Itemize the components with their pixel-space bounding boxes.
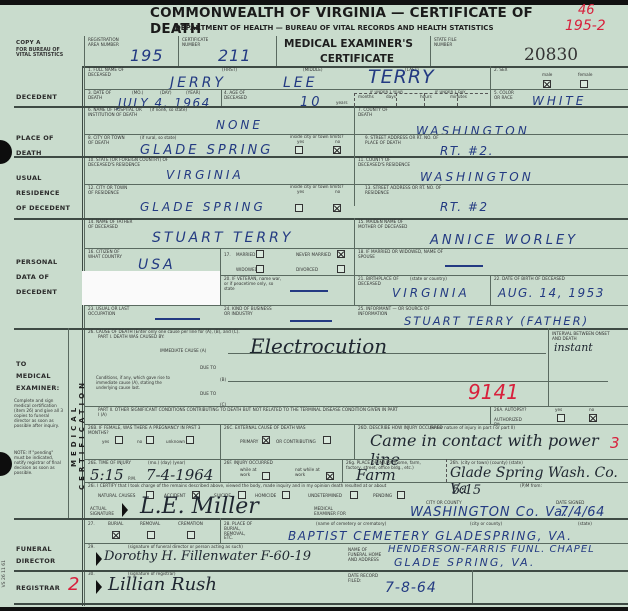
street-residence-label: 13. STREET ADDRESS OR RT. NO. OF RESIDEN… bbox=[365, 186, 445, 196]
veteran-blank-dash bbox=[290, 290, 328, 292]
funeral-director-signature[interactable]: Dorothy H. Fillenwater F-60-19 bbox=[104, 549, 311, 564]
section-residence-3: OF DECEDENT bbox=[16, 204, 70, 212]
city-of-death-hint: (if rural, so state) bbox=[140, 136, 176, 141]
part1-label: PART I. DEATH WAS CAUSED BY: bbox=[98, 335, 165, 340]
burial-place-hint2: (city or county) bbox=[470, 522, 502, 527]
birthplace-hint: (state or country) bbox=[410, 277, 447, 282]
section-personal-1: PERSONAL bbox=[16, 258, 57, 266]
sex-female-checkbox[interactable] bbox=[580, 80, 588, 88]
section-residence-2: RESIDENCE bbox=[16, 189, 60, 197]
veteran-label: 20. IF VETERAN, name war, or if peacetim… bbox=[224, 277, 284, 291]
widowed-label: WIDOWED bbox=[236, 268, 258, 273]
divorced-label: DIVORCED bbox=[296, 268, 318, 273]
registrar-signature[interactable]: Lillian Rush bbox=[108, 574, 217, 595]
document-title: COMMONWEALTH OF VIRGINIA — CERTIFICATE O… bbox=[150, 5, 570, 37]
pending-checkbox[interactable] bbox=[397, 491, 405, 499]
burial-label: BURIAL bbox=[108, 522, 123, 527]
due-to-1: DUE TO bbox=[200, 366, 216, 371]
funeral-home-label: NAME OF FUNERAL HOME AND ADDRESS bbox=[348, 548, 382, 562]
disposition-label: 27. bbox=[88, 522, 95, 527]
section-decedent: DECEDENT bbox=[16, 93, 57, 101]
never-married-checkbox[interactable] bbox=[337, 250, 345, 258]
mother-value: ANNICE WORLEY bbox=[430, 233, 578, 248]
me-for-label: MEDICAL EXAMINER FOR bbox=[314, 507, 354, 517]
burial-checkbox[interactable] bbox=[112, 531, 120, 539]
redacted-area bbox=[82, 271, 220, 305]
full-name-label: 1. FULL NAME OF DECEASED bbox=[88, 68, 148, 78]
removal-label: REMOVAL bbox=[140, 522, 160, 527]
yes-label: yes bbox=[297, 140, 304, 145]
pending-note: NOTE: If "pending" must be indicated, no… bbox=[14, 450, 64, 475]
external-cause-label: 26c. EXTERNAL CAUSE OF DEATH WAS bbox=[224, 426, 306, 431]
residence-inside-limits-no-checkbox[interactable] bbox=[333, 204, 341, 212]
death-inside-limits-yes-checkbox[interactable] bbox=[295, 146, 303, 154]
part2-label: PART II. OTHER SIGNIFICANT CONDITIONS CO… bbox=[98, 408, 398, 418]
red-mark-2: 2 bbox=[68, 574, 79, 595]
burial-place-label: 28. PLACE OF BURIAL, REMOVAL, ETC. bbox=[224, 522, 254, 541]
yes-label-2: yes bbox=[297, 190, 304, 195]
certify-label: 26i. I CERTIFY that I took charge of the… bbox=[88, 484, 448, 489]
male-label: male bbox=[542, 73, 552, 78]
pregnancy-unknown-checkbox[interactable] bbox=[186, 436, 194, 444]
occupation-blank-dash bbox=[155, 318, 200, 320]
red-annotation-46: 46 bbox=[578, 3, 595, 18]
city-residence-label: 12. CITY OR TOWN OF RESIDENCE bbox=[88, 186, 128, 196]
father-value: STUART TERRY bbox=[152, 230, 293, 246]
funeral-director-label: 29. bbox=[88, 545, 95, 550]
sign-here-arrow-icon-2 bbox=[96, 552, 102, 566]
city-of-death-label: 8. CITY OR TOWN OF DEATH bbox=[88, 136, 128, 146]
injury-occurred-label: 26f. INJURY OCCURRED bbox=[224, 461, 273, 466]
days-label: days bbox=[386, 95, 396, 100]
funeral-home-line2: GLADE SPRING, VA. bbox=[394, 556, 535, 569]
punch-hole-top bbox=[0, 140, 12, 164]
no-label: no bbox=[335, 140, 340, 145]
state-file-number: 20830 bbox=[524, 45, 578, 65]
red-mark-3: 3 bbox=[610, 434, 620, 452]
certify-pm-suffix: (P)M from: bbox=[520, 484, 542, 489]
autopsy-no-checkbox[interactable] bbox=[589, 414, 597, 422]
homicide-checkbox[interactable] bbox=[282, 491, 290, 499]
not-while-at-work-checkbox[interactable] bbox=[326, 472, 334, 480]
months-label: months bbox=[358, 95, 374, 100]
pending-label: PENDING bbox=[373, 494, 392, 499]
pregnancy-no-label: no bbox=[137, 440, 142, 445]
date-filed-value: 7-8-64 bbox=[385, 580, 437, 596]
certificate-number-value: 211 bbox=[218, 46, 252, 65]
county-residence-label: 11. COUNTY OF DECEASED'S RESIDENCE bbox=[358, 158, 418, 168]
spouse-blank-dash bbox=[445, 265, 483, 267]
street-residence-value: RT. #2 bbox=[440, 200, 489, 214]
hospital-label: 6. NAME OF HOSPITAL OR INSTITUTION OF DE… bbox=[88, 108, 148, 118]
birthplace-value: VIRGINIA bbox=[392, 286, 470, 300]
undetermined-checkbox[interactable] bbox=[350, 491, 358, 499]
hospital-hint: (if none, so state) bbox=[150, 108, 187, 113]
to-me-1: TO bbox=[16, 360, 27, 368]
dob-value: AUG. 14, 1953 bbox=[498, 286, 605, 300]
section-funeral-2: DIRECTOR bbox=[16, 557, 55, 565]
occupation-label: 23. USUAL OR LAST OCCUPATION bbox=[88, 307, 133, 317]
sex-male-checkbox[interactable] bbox=[543, 80, 551, 88]
date-filed-label: DATE RECORD FILED: bbox=[348, 574, 382, 584]
section-registrar: REGISTRAR bbox=[16, 584, 60, 592]
spouse-label: 18. IF MARRIED OR WIDOWED, NAME OF SPOUS… bbox=[358, 250, 448, 260]
state-file-label: STATE FILE NUMBER bbox=[434, 38, 464, 48]
to-me-3: EXAMINER: bbox=[16, 384, 60, 392]
dob-label: 22. DATE OF BIRTH OF DECEASED bbox=[494, 277, 594, 282]
certify-time-value: 5:15 bbox=[452, 483, 481, 498]
pregnancy-label: 26b. IF FEMALE, WAS THERE A PREGNANCY IN… bbox=[88, 426, 208, 436]
pregnancy-yes-checkbox[interactable] bbox=[115, 436, 123, 444]
form-type-line2: CERTIFICATE bbox=[320, 53, 394, 65]
never-married-label: NEVER MARRIED bbox=[296, 253, 331, 258]
business-blank-dash bbox=[290, 320, 332, 322]
pregnancy-no-checkbox[interactable] bbox=[146, 436, 154, 444]
minutes-label: minutes bbox=[450, 95, 467, 100]
punch-hole-bottom bbox=[0, 452, 12, 476]
sign-here-arrow-icon-3 bbox=[96, 580, 102, 594]
registrar-sig-label: 30. bbox=[88, 572, 95, 577]
color-label: 5. COLOR OR RACE bbox=[494, 91, 519, 101]
widowed-checkbox[interactable] bbox=[256, 265, 264, 273]
contributing-checkbox[interactable] bbox=[323, 436, 331, 444]
to-me-instructions: Complete and sign medical certification … bbox=[14, 398, 66, 428]
sex-label: 2. SEX bbox=[494, 68, 508, 73]
informant-value: STUART TERRY (FATHER) bbox=[404, 314, 589, 328]
document-subtitle: DEPARTMENT OF HEALTH — BUREAU OF VITAL R… bbox=[175, 24, 535, 32]
medical-certification-vertical-label: MEDICAL CERTIFICATION bbox=[70, 360, 86, 510]
section-personal-2: DATA OF bbox=[16, 273, 49, 281]
hours-label: hours bbox=[420, 95, 432, 100]
first-name-label: (first) bbox=[222, 68, 237, 73]
date-of-death-label: 3. DATE OF DEATH bbox=[88, 91, 113, 101]
street-of-death-label: 9. STREET ADDRESS OR RT. NO. OF PLACE OF… bbox=[365, 136, 445, 146]
scan-border-bottom bbox=[0, 607, 628, 611]
red-annotation-195-2: 195-2 bbox=[565, 18, 606, 34]
female-label: female bbox=[578, 73, 592, 78]
undetermined-label: UNDETERMINED bbox=[308, 494, 342, 499]
while-at-work-checkbox[interactable] bbox=[262, 472, 270, 480]
interval-value: instant bbox=[554, 341, 593, 354]
burial-place-hint1: (name of cemetery or crematory) bbox=[316, 522, 386, 527]
autopsy-yes-label: yes bbox=[555, 408, 562, 413]
me-signature[interactable]: L.E. Miller bbox=[140, 494, 259, 519]
section-funeral-1: FUNERAL bbox=[16, 545, 52, 553]
form-type-line1: MEDICAL EXAMINER'S bbox=[284, 38, 413, 50]
copy-sub-label: FOR BUREAU OF VITAL STATISTICS bbox=[16, 49, 76, 59]
pregnancy-yes-label: yes bbox=[102, 440, 109, 445]
autopsy-label: 26a. AUTOPSY? bbox=[494, 408, 527, 413]
father-label: 14. NAME OF FATHER OF DECEASED bbox=[88, 220, 138, 230]
burial-place-hint3: (state) bbox=[578, 522, 592, 527]
divorced-checkbox[interactable] bbox=[337, 265, 345, 273]
cremation-checkbox[interactable] bbox=[187, 531, 195, 539]
county-residence-value: WASHINGTON bbox=[420, 170, 534, 184]
conditions-note: Conditions, if any, which gave rise to i… bbox=[96, 375, 171, 390]
last-name-value: TERRY bbox=[368, 66, 435, 88]
middle-name-label: (middle) bbox=[303, 68, 323, 73]
natural-causes-label: NATURAL CAUSES bbox=[98, 494, 135, 499]
age-label: 4. AGE OF DECEASED bbox=[224, 91, 254, 101]
hospital-value: NONE bbox=[216, 118, 263, 132]
section-place-of-death-1: PLACE OF bbox=[16, 134, 54, 142]
form-code: VS 26 11 61 bbox=[2, 560, 7, 587]
married-checkbox[interactable] bbox=[256, 250, 264, 258]
sign-here-arrow-icon bbox=[122, 503, 128, 517]
immediate-cause-label: IMMEDIATE CAUSE (A) bbox=[160, 349, 206, 354]
no-label-2: no bbox=[335, 190, 340, 195]
death-inside-limits-no-checkbox[interactable] bbox=[333, 146, 341, 154]
primary-checkbox[interactable] bbox=[262, 436, 270, 444]
certificate-number-label: CERTIFICATE NUMBER bbox=[182, 38, 222, 48]
city-residence-value: GLADE SPRING bbox=[140, 200, 266, 214]
cause-b-label: (B) bbox=[220, 378, 226, 383]
death-certificate: COMMONWEALTH OF VIRGINIA — CERTIFICATE O… bbox=[0, 0, 628, 611]
autopsy-yes-checkbox[interactable] bbox=[557, 414, 565, 422]
county-of-death-label: 7. COUNTY OF DEATH bbox=[358, 108, 388, 118]
pregnancy-unknown-label: unknown bbox=[166, 440, 185, 445]
cremation-label: CREMATION bbox=[178, 522, 203, 527]
immediate-cause-value: Electrocution bbox=[250, 334, 387, 358]
red-code-9141: 9141 bbox=[468, 380, 519, 404]
section-personal-3: DECEDENT bbox=[16, 288, 57, 296]
burial-place-value: BAPTIST CEMETERY GLADESPRING, VA. bbox=[288, 529, 572, 543]
state-residence-value: VIRGINIA bbox=[166, 168, 244, 182]
section-residence-1: USUAL bbox=[16, 174, 42, 182]
funeral-home-line1: HENDERSON-FARRIS FUNL. CHAPEL bbox=[388, 544, 595, 555]
mother-label: 15. MAIDEN NAME OF MOTHER OF DECEASED bbox=[358, 220, 418, 230]
state-residence-label: 10. STATE (OR FOREIGN COUNTRY) OF DECEAS… bbox=[88, 158, 178, 168]
copy-label: COPY A bbox=[16, 40, 41, 46]
actual-signature-label: ACTUAL SIGNATURE bbox=[90, 507, 120, 517]
registration-area-value: 195 bbox=[130, 46, 164, 65]
registration-area-label: REGISTRATION AREA NUMBER bbox=[88, 38, 128, 48]
contributing-label: or CONTRIBUTING bbox=[276, 440, 316, 445]
residence-inside-limits-yes-checkbox[interactable] bbox=[295, 204, 303, 212]
citizen-label: 16. CITIZEN OF WHAT COUNTRY bbox=[88, 250, 128, 260]
autopsy-no-label: no bbox=[589, 408, 594, 413]
to-me-2: MEDICAL bbox=[16, 372, 51, 380]
primary-label: PRIMARY bbox=[240, 440, 258, 445]
not-while-at-work-label: not while at work bbox=[295, 468, 325, 478]
married-label: MARRIED bbox=[236, 253, 255, 258]
removal-checkbox[interactable] bbox=[147, 531, 155, 539]
marital-label: 17. bbox=[224, 253, 231, 258]
business-label: 24. KIND OF BUSINESS OR INDUSTRY bbox=[224, 307, 274, 317]
due-to-2: DUE TO bbox=[200, 392, 216, 397]
